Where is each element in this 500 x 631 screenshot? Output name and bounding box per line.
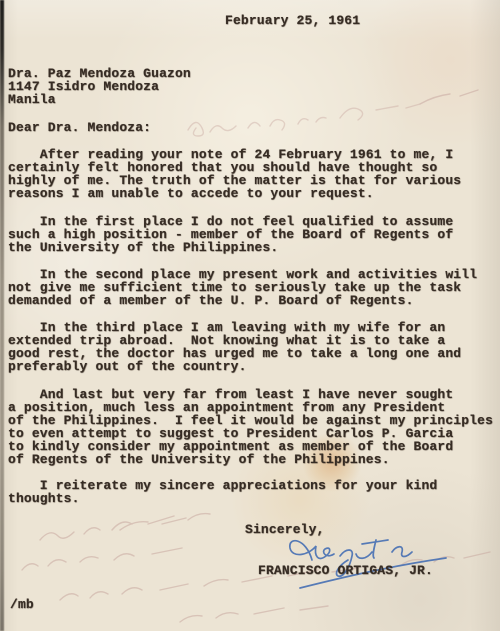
letter-date: February 25, 1961 — [225, 14, 360, 27]
recipient-address: Dra. Paz Mendoza Guazon 1147 Isidro Mend… — [8, 67, 191, 106]
paragraph-1: After reading your note of 24 February 1… — [8, 148, 461, 200]
paragraph-5: And last but very far from least I have … — [8, 388, 493, 466]
paragraph-4: In the third place I am leaving with my … — [8, 321, 461, 373]
closing: Sincerely, — [245, 523, 325, 536]
letter-scan: February 25, 1961 Dra. Paz Mendoza Guazo… — [0, 0, 500, 631]
scan-edge-shadow — [0, 0, 4, 631]
signer-name: FRANCISCO ORTIGAS, JR. — [258, 564, 433, 577]
paragraph-3: In the second place my present work and … — [8, 268, 477, 307]
paragraph-2: In the first place I do not feel qualifi… — [8, 215, 453, 254]
typist-initials: /mb — [10, 598, 34, 611]
salutation: Dear Dra. Mendoza: — [8, 121, 151, 134]
paragraph-6: I reiterate my sincere appreciations for… — [8, 479, 437, 505]
